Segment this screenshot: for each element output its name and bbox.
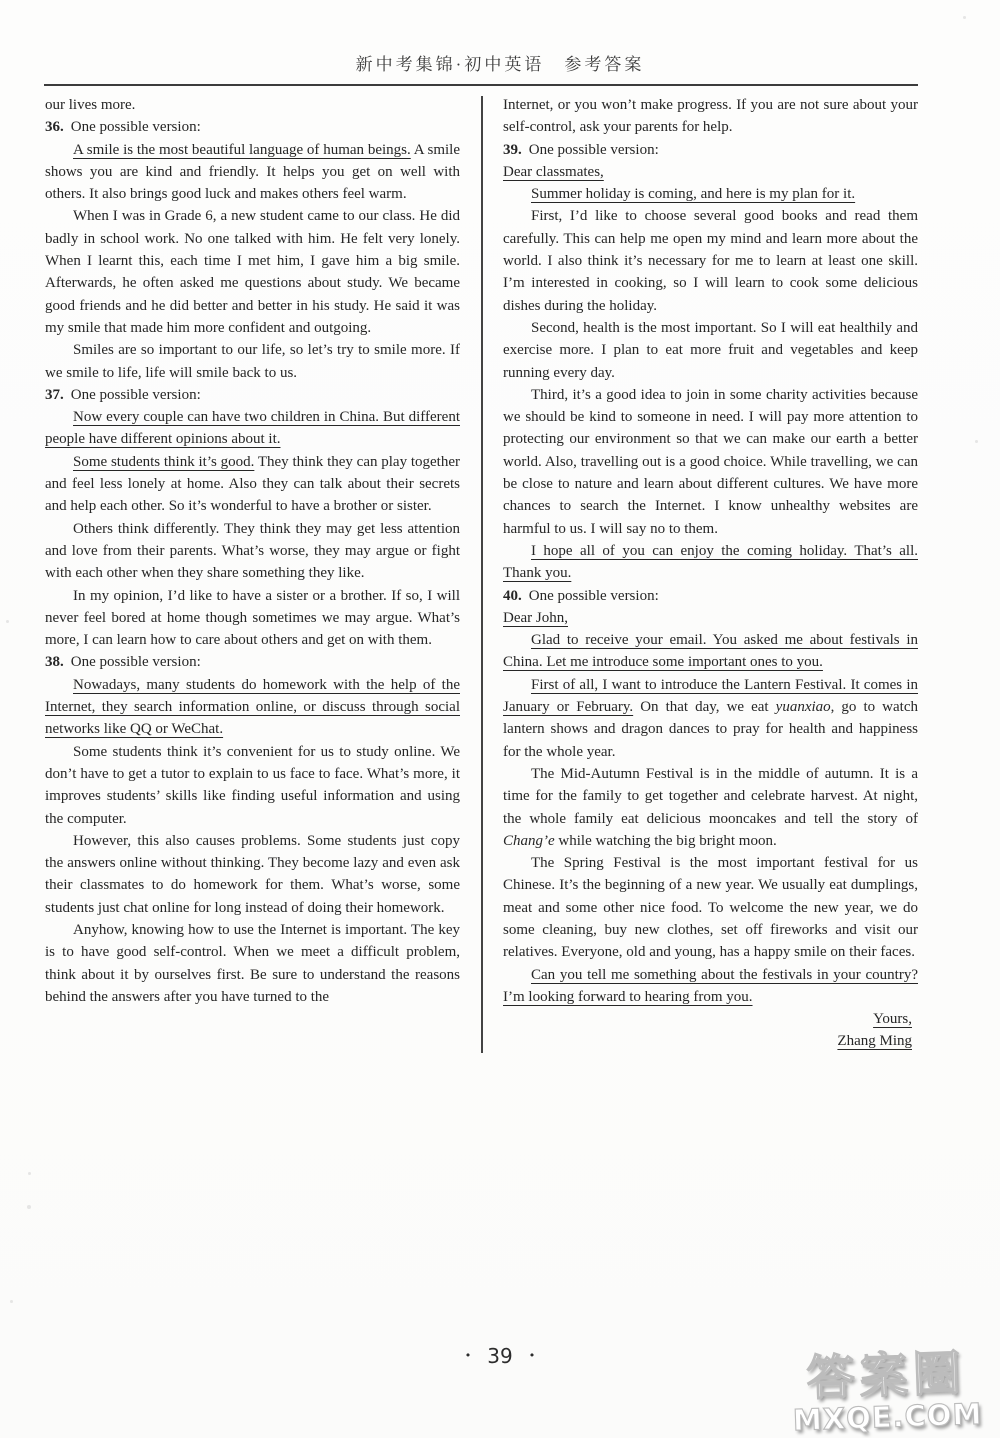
paragraph: However, this also causes problems. Some… — [45, 830, 460, 919]
text-run: The Mid-Autumn Festival is in the middle… — [503, 766, 918, 827]
text-run: Third, it’s a good idea to join in some … — [503, 387, 918, 537]
text-run: Zhang Ming — [837, 1033, 912, 1049]
paragraph: When I was in Grade 6, a new student cam… — [45, 205, 460, 339]
paragraph: Anyhow, knowing how to use the Internet … — [45, 919, 460, 1008]
watermark-site-text: MXQE.COM — [780, 1396, 996, 1437]
text-run: our lives more. — [45, 97, 135, 113]
paragraph: Dear John, — [503, 607, 918, 629]
scan-noise-speck — [10, 1300, 13, 1303]
text-run: One possible version: — [529, 588, 659, 604]
paragraph: Internet, or you won’t make progress. If… — [503, 94, 918, 139]
page-number: •39• — [0, 1344, 1000, 1368]
text-run: A smile is the most beautiful language o… — [73, 142, 411, 158]
text-run: I hope all of you can enjoy the coming h… — [503, 543, 918, 581]
text-run: Second, health is the most important. So… — [503, 320, 918, 381]
text-run: Some students think it’s good. — [73, 454, 254, 470]
scanned-answer-page: 新中考集锦·初中英语 参考答案 our lives more.36.One po… — [0, 0, 1000, 1438]
item-number: 38. — [45, 654, 71, 670]
text-run: Yours, — [873, 1011, 912, 1027]
paragraph: Now every couple can have two children i… — [45, 406, 460, 451]
scan-noise-speck — [27, 1205, 31, 1209]
item-number: 37. — [45, 387, 71, 403]
text-run: One possible version: — [71, 119, 201, 135]
item-number: 36. — [45, 119, 71, 135]
paragraph: The Mid-Autumn Festival is in the middle… — [503, 763, 918, 852]
item-number: 40. — [503, 588, 529, 604]
scan-noise-speck — [6, 620, 9, 623]
paragraph: In my opinion, I’d like to have a sister… — [45, 585, 460, 652]
text-run: The Spring Festival is the most importan… — [503, 855, 918, 960]
paragraph: Others think differently. They think the… — [45, 518, 460, 585]
text-run: yuanxiao — [776, 699, 831, 715]
paragraph: our lives more. — [45, 94, 460, 116]
answer-item-heading: 38.One possible version: — [45, 651, 460, 673]
scan-noise-speck — [975, 440, 978, 443]
paragraph: Second, health is the most important. So… — [503, 317, 918, 384]
paragraph: Dear classmates, — [503, 161, 918, 183]
paragraph: A smile is the most beautiful language o… — [45, 139, 460, 206]
paragraph: Some students think it’s good. They thin… — [45, 451, 460, 518]
text-run: In my opinion, I’d like to have a sister… — [45, 588, 460, 649]
header-rule — [44, 84, 918, 86]
paragraph: First, I’d like to choose several good b… — [503, 205, 918, 316]
scan-noise-speck — [963, 16, 966, 19]
answer-item-heading: 36.One possible version: — [45, 116, 460, 138]
right-column: Internet, or you won’t make progress. If… — [503, 94, 918, 1053]
paragraph: Summer holiday is coming, and here is my… — [503, 183, 918, 205]
text-run: Anyhow, knowing how to use the Internet … — [45, 922, 460, 1005]
text-run: One possible version: — [71, 387, 201, 403]
text-run: On that day, we eat — [633, 699, 776, 715]
text-run: One possible version: — [529, 142, 659, 158]
text-run: Dear John, — [503, 610, 568, 626]
text-run: Glad to receive your email. You asked me… — [503, 632, 918, 670]
item-number: 39. — [503, 142, 529, 158]
answer-item-heading: 37.One possible version: — [45, 384, 460, 406]
text-run: First, I’d like to choose several good b… — [503, 208, 918, 313]
paragraph: Nowadays, many students do homework with… — [45, 674, 460, 741]
page-number-value: 39 — [487, 1344, 512, 1368]
page-number-left-dot: • — [465, 1349, 472, 1362]
paragraph: The Spring Festival is the most importan… — [503, 852, 918, 963]
scan-noise-speck — [28, 1172, 31, 1175]
paragraph: Smiles are so important to our life, so … — [45, 339, 460, 384]
text-run: When I was in Grade 6, a new student cam… — [45, 208, 460, 335]
text-run: while watching the big bright moon. — [555, 833, 777, 849]
text-run: Smiles are so important to our life, so … — [45, 342, 460, 380]
paragraph: Zhang Ming — [503, 1030, 918, 1052]
left-column: our lives more.36.One possible version:A… — [45, 94, 460, 1053]
answer-item-heading: 40.One possible version: — [503, 585, 918, 607]
text-run: Chang’e — [503, 833, 555, 849]
page-header-title: 新中考集锦·初中英语 参考答案 — [0, 0, 1000, 75]
text-run: Now every couple can have two children i… — [45, 409, 460, 447]
text-run: Internet, or you won’t make progress. If… — [503, 97, 918, 135]
text-run: Some students think it’s convenient for … — [45, 744, 460, 827]
text-run: However, this also causes problems. Some… — [45, 833, 460, 916]
text-run: Others think differently. They think the… — [45, 521, 460, 582]
text-run: Nowadays, many students do homework with… — [45, 677, 460, 738]
column-divider — [481, 96, 483, 1053]
page-number-right-dot: • — [529, 1349, 536, 1362]
paragraph: I hope all of you can enjoy the coming h… — [503, 540, 918, 585]
paragraph: Can you tell me something about the fest… — [503, 964, 918, 1009]
answer-item-heading: 39.One possible version: — [503, 139, 918, 161]
text-run: One possible version: — [71, 654, 201, 670]
paragraph: Glad to receive your email. You asked me… — [503, 629, 918, 674]
text-run: Summer holiday is coming, and here is my… — [531, 186, 855, 202]
page-content: our lives more.36.One possible version:A… — [45, 94, 918, 1053]
paragraph: Some students think it’s convenient for … — [45, 741, 460, 830]
paragraph: Yours, — [503, 1008, 918, 1030]
paragraph: First of all, I want to introduce the La… — [503, 674, 918, 763]
text-run: Dear classmates, — [503, 164, 604, 180]
text-run: Can you tell me something about the fest… — [503, 967, 918, 1005]
paragraph: Third, it’s a good idea to join in some … — [503, 384, 918, 540]
